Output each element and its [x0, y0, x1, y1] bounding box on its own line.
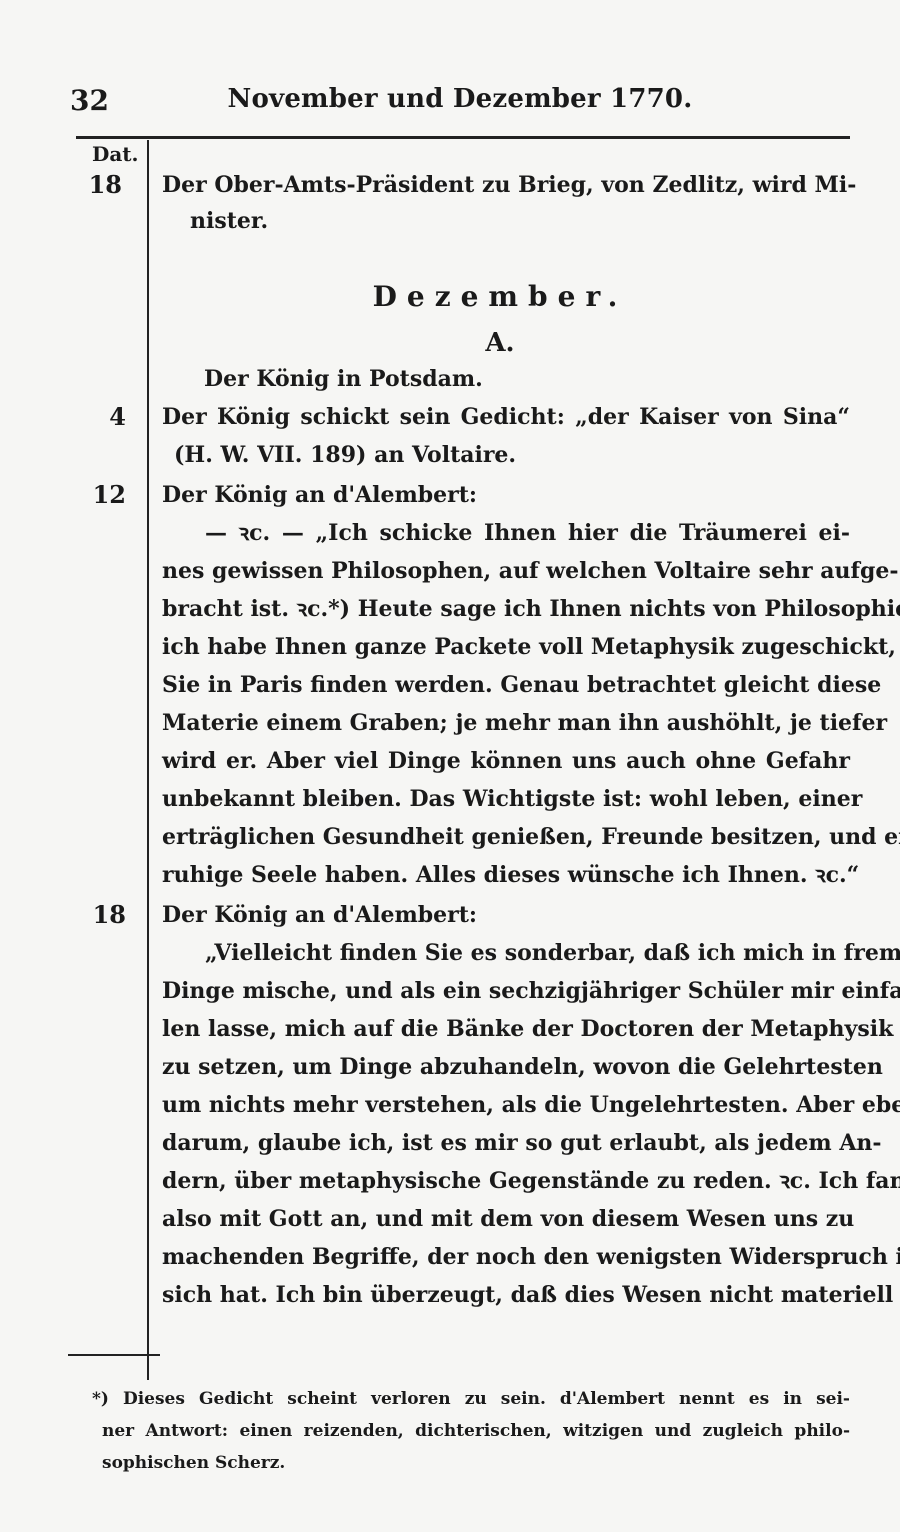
entry-date: 18: [82, 170, 122, 199]
letter-text-line: — ꝛc. — „Ich schicke Ihnen hier die Träu…: [205, 518, 850, 548]
entry-date: 18: [86, 900, 126, 929]
section-letter: A.: [150, 328, 850, 358]
letter-text-line: „Vielleicht finden Sie es sonderbar, daß…: [205, 938, 850, 968]
month-heading: Dezember.: [150, 282, 850, 312]
running-title: November und Dezember 1770.: [70, 84, 850, 114]
letter-text-line: Dinge mische, und als ein sechzigjährige…: [162, 976, 850, 1006]
entry-text-line: (H. W. VII. 189) an Voltaire.: [174, 440, 516, 470]
letter-text-line: machenden Begriffe, der noch den wenigst…: [162, 1242, 850, 1272]
letter-text-line: dern, über metaphysische Gegenstände zu …: [162, 1166, 850, 1196]
location-line: Der König in Potsdam.: [204, 364, 483, 394]
entry-text-line: nister.: [190, 206, 878, 236]
entry-date: 12: [86, 480, 126, 509]
letter-text-line: darum, glaube ich, ist es mir so gut erl…: [162, 1128, 850, 1158]
letter-text-line: sich hat. Ich bin überzeugt, daß dies We…: [162, 1280, 850, 1310]
letter-text-line: nes gewissen Philosophen, auf welchen Vo…: [162, 556, 850, 586]
entry-date: 4: [86, 402, 126, 431]
letter-text-line: bracht ist. ꝛc.*) Heute sage ich Ihnen n…: [162, 594, 850, 624]
letter-text-line: also mit Gott an, und mit dem von diesem…: [162, 1204, 850, 1234]
letter-text-line: ich habe Ihnen ganze Packete voll Metaph…: [162, 632, 850, 662]
letter-text-line: ruhige Seele haben. Alles dieses wünsche…: [162, 860, 850, 890]
letter-text-line: len lasse, mich auf die Bänke der Doctor…: [162, 1014, 850, 1044]
book-page: 32 November und Dezember 1770. Dat. 18 D…: [0, 0, 900, 1532]
footnote-line: ner Antwort: einen reizenden, dichterisc…: [102, 1418, 850, 1444]
letter-text-line: zu setzen, um Dinge abzuhandeln, wovon d…: [162, 1052, 850, 1082]
letter-text-line: Sie in Paris finden werden. Genau betrac…: [162, 670, 850, 700]
entry-text-line: Der Ober-Amts-Präsident zu Brieg, von Ze…: [162, 170, 850, 200]
letter-text-line: um nichts mehr verstehen, als die Ungele…: [162, 1090, 850, 1120]
letter-heading: Der König an d'Alembert:: [162, 900, 850, 930]
letter-text-line: Materie einem Graben; je mehr man ihn au…: [162, 708, 850, 738]
entry-text-line: Der König schickt sein Gedicht: „der Kai…: [162, 402, 850, 432]
date-column-label: Dat.: [92, 142, 139, 166]
page-header: 32 November und Dezember 1770.: [70, 84, 850, 124]
letter-text-line: erträglichen Gesundheit genießen, Freund…: [162, 822, 850, 852]
footnote-line: *) Dieses Gedicht scheint verloren zu se…: [92, 1386, 850, 1412]
date-column-rule: [147, 140, 149, 1380]
footnote-rule: [68, 1354, 160, 1356]
letter-text-line: unbekannt bleiben. Das Wichtigste ist: w…: [162, 784, 850, 814]
header-rule: [76, 136, 850, 139]
letter-heading: Der König an d'Alembert:: [162, 480, 850, 510]
letter-text-line: wird er. Aber viel Dinge können uns auch…: [162, 746, 850, 776]
footnote-line: sophischen Scherz.: [102, 1450, 285, 1476]
